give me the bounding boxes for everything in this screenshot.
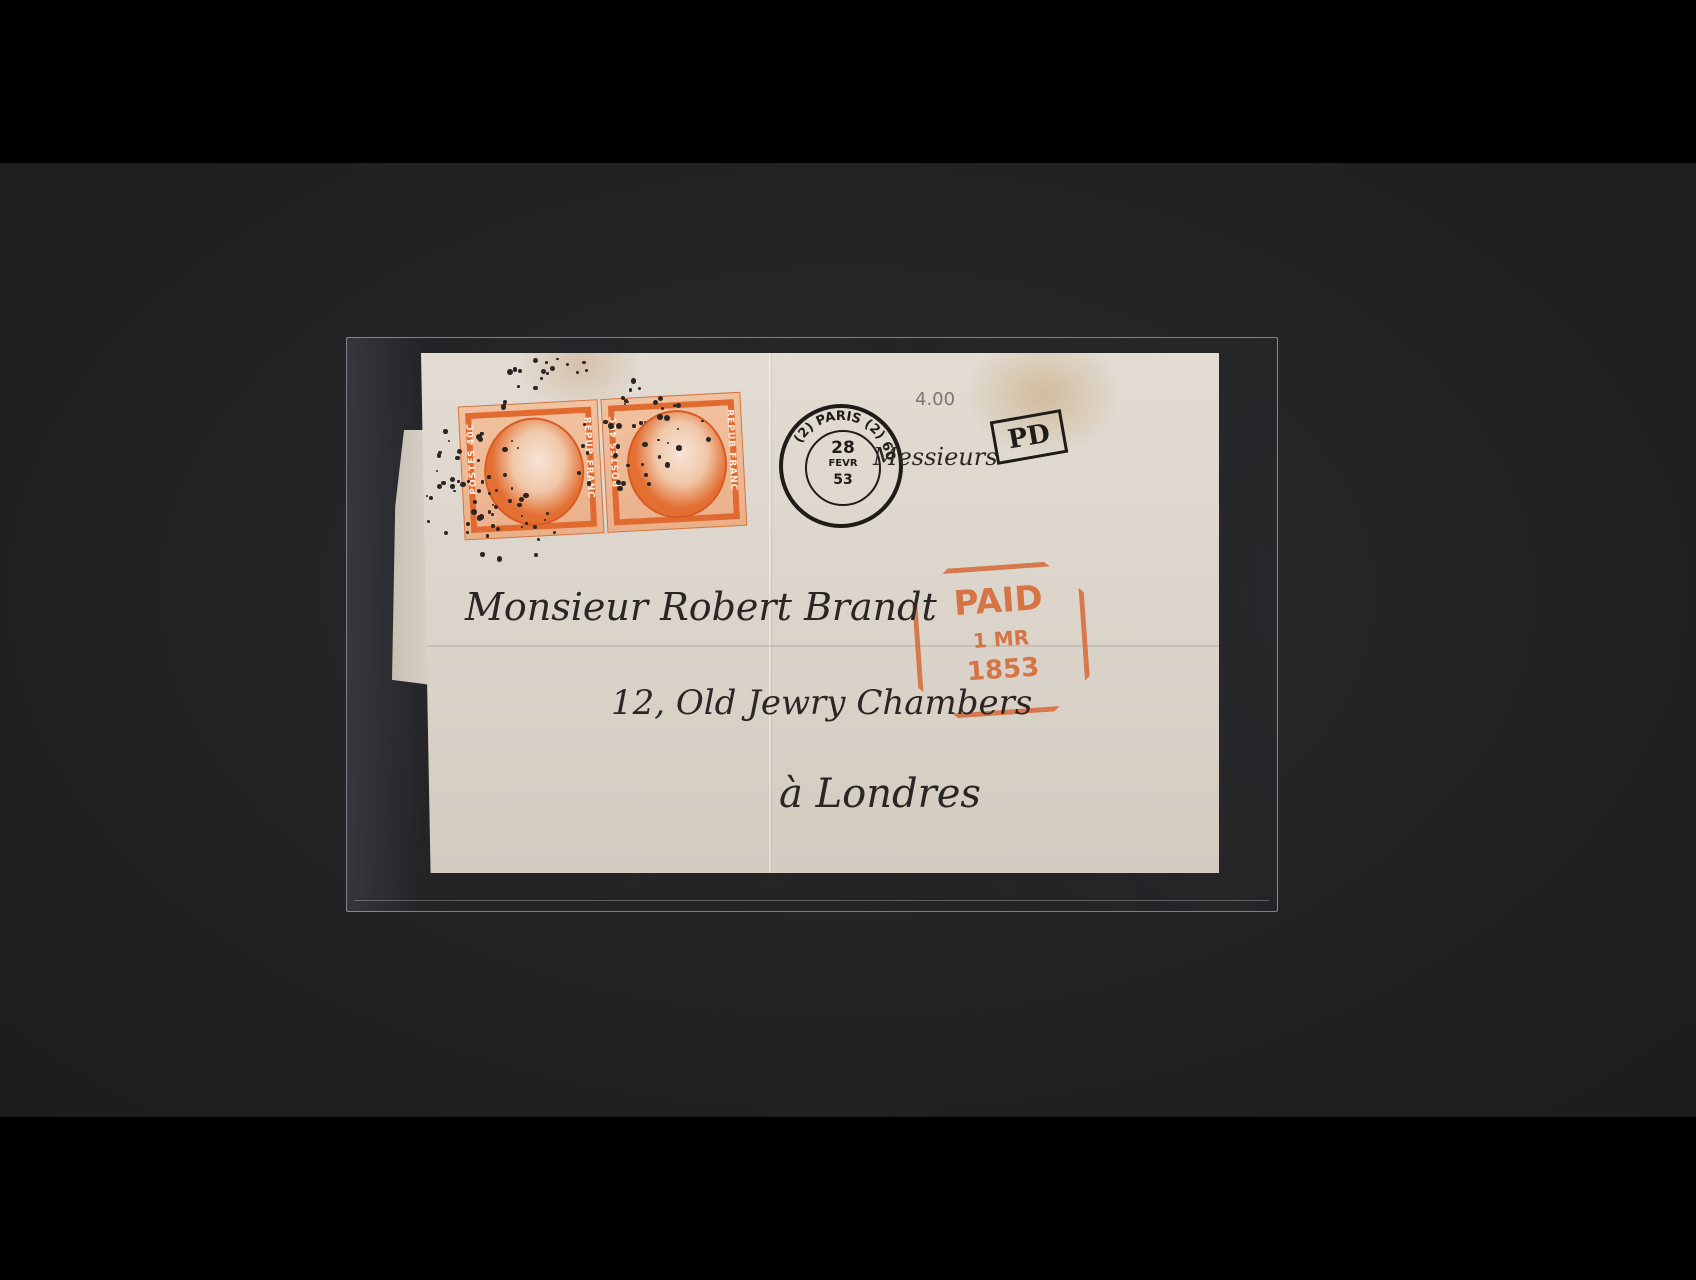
datestamp-month: FEVR xyxy=(805,458,881,469)
address-salutation: Messieurs xyxy=(873,443,998,471)
pencil-price-note: 4.00 xyxy=(915,389,955,410)
stamp-pair: POSTES 40C REPUB FRANC POSTES 40C REPUB … xyxy=(458,392,751,541)
address-street: 12, Old Jewry Chambers xyxy=(611,683,1032,723)
letter-cover: POSTES 40C REPUB FRANC POSTES 40C REPUB … xyxy=(421,353,1219,873)
sleeve-seam xyxy=(354,900,1269,901)
datestamp-day: 28 xyxy=(805,438,881,458)
address-city: à Londres xyxy=(779,771,981,817)
horizontal-fold xyxy=(421,645,1219,647)
stamp-ceres-40c: POSTES 40C REPUB FRANC xyxy=(600,392,747,533)
pd-handstamp: PD xyxy=(990,409,1069,465)
datestamp-year: 53 xyxy=(805,472,881,488)
paid-text: PAID xyxy=(911,575,1085,627)
address-name: Monsieur Robert Brandt xyxy=(465,585,937,629)
